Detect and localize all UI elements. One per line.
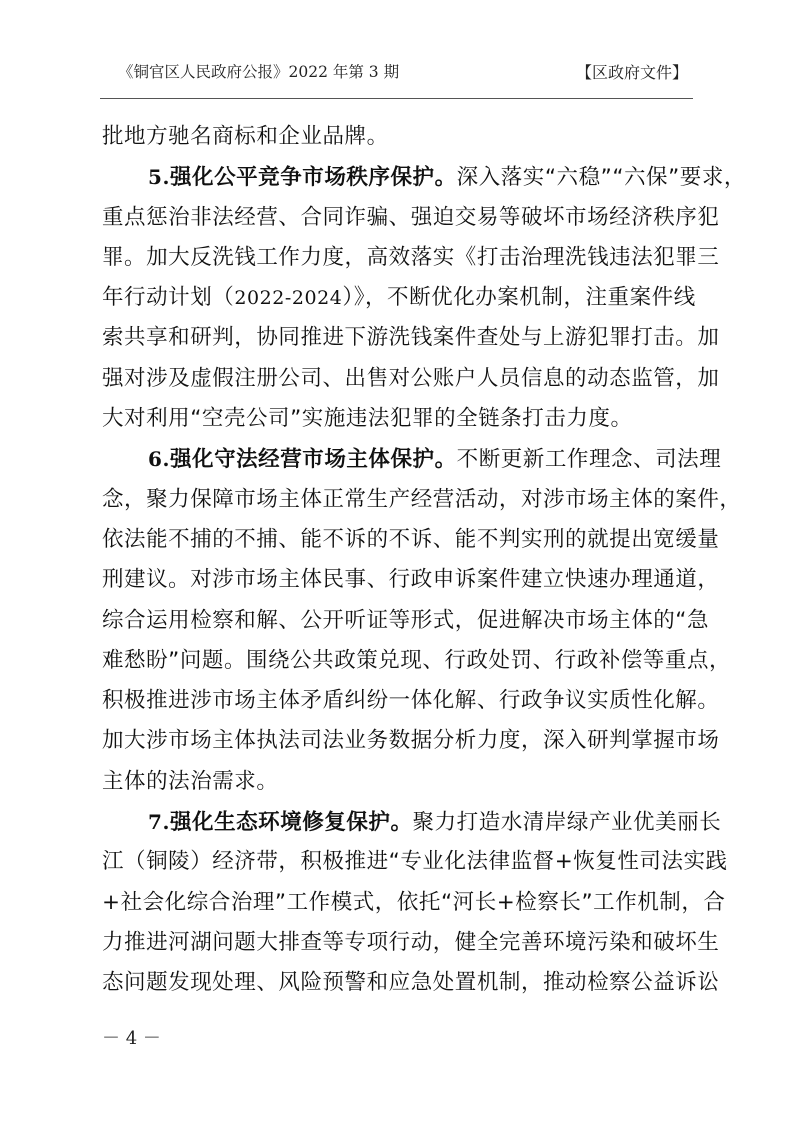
publication-title: 《铜官区人民政府公报》2022 年第 3 期 bbox=[118, 60, 399, 82]
section-heading: 强化公平竞争市场秩序保护。 bbox=[170, 165, 457, 190]
section-number: 7. bbox=[148, 810, 170, 834]
section-number: 6. bbox=[148, 447, 170, 471]
page-number: － 4 － bbox=[102, 1024, 161, 1050]
text-line: 态问题发现处理、风险预警和应急处置机制，推动检察公益诉讼 bbox=[102, 963, 694, 1003]
text-line: 年行动计划（2022-2024）》，不断优化办案机制，注重案件线 bbox=[102, 278, 694, 318]
text-line: +社会化综合治理”工作模式，依托“河长+检察长”工作机制，合 bbox=[102, 883, 694, 923]
section-5-first-line: 5.强化公平竞争市场秩序保护。深入落实“六稳”“六保”要求， bbox=[102, 157, 694, 197]
text-run: ）》，不断优化办案机制，注重案件线 bbox=[342, 285, 695, 310]
section-heading: 强化生态环境修复保护。 bbox=[170, 810, 413, 835]
text-run: 深入落实“六稳”“六保”要求， bbox=[457, 165, 746, 190]
text-line: 索共享和研判，协同推进下游洗钱案件查处与上游犯罪打击。加 bbox=[102, 318, 694, 358]
header-divider bbox=[100, 98, 693, 99]
section-number: 5. bbox=[148, 165, 170, 189]
text-run: 聚力打造水清岸绿产业优美丽长 bbox=[413, 810, 722, 835]
section-heading: 强化守法经营市场主体保护。 bbox=[170, 447, 457, 472]
text-run: 不断更新工作理念、司法理 bbox=[457, 447, 722, 472]
text-line: 加大涉市场主体执法司法业务数据分析力度，深入研判掌握市场 bbox=[102, 721, 694, 761]
running-header: 《铜官区人民政府公报》2022 年第 3 期 【区政府文件】 bbox=[118, 60, 688, 84]
text-line: 刑建议。对涉市场主体民事、行政申诉案件建立快速办理通道， bbox=[102, 560, 694, 600]
text-line: 罪。加大反洗钱工作力度，高效落实《打击治理洗钱违法犯罪三 bbox=[102, 238, 694, 278]
text-line: 念，聚力保障市场主体正常生产经营活动，对涉市场主体的案件， bbox=[102, 480, 694, 520]
text-line: 综合运用检察和解、公开听证等形式，促进解决市场主体的“急 bbox=[102, 601, 694, 641]
text-run: 年行动计划（ bbox=[102, 285, 234, 310]
section-7-first-line: 7.强化生态环境修复保护。聚力打造水清岸绿产业优美丽长 bbox=[102, 802, 694, 842]
text-line: 江（铜陵）经济带，积极推进“专业化法律监督+恢复性司法实践 bbox=[102, 842, 694, 882]
section-label: 【区政府文件】 bbox=[576, 60, 688, 83]
section-6-first-line: 6.强化守法经营市场主体保护。不断更新工作理念、司法理 bbox=[102, 439, 694, 479]
text-line: 强对涉及虚假注册公司、出售对公账户人员信息的动态监管，加 bbox=[102, 359, 694, 399]
text-line: 依法能不捕的不捕、能不诉的不诉、能不判实刑的就提出宽缓量 bbox=[102, 520, 694, 560]
text-line: 批地方驰名商标和企业品牌。 bbox=[102, 117, 694, 157]
text-line: 重点惩治非法经营、合同诈骗、强迫交易等破坏市场经济秩序犯 bbox=[102, 198, 694, 238]
year-range: 2022-2024 bbox=[234, 287, 342, 309]
text-line: 难愁盼”问题。围绕公共政策兑现、行政处罚、行政补偿等重点， bbox=[102, 641, 694, 681]
document-body: 批地方驰名商标和企业品牌。 5.强化公平竞争市场秩序保护。深入落实“六稳”“六保… bbox=[102, 117, 694, 1004]
text-line: 积极推进涉市场主体矛盾纠纷一体化解、行政争议实质性化解。 bbox=[102, 681, 694, 721]
text-line: 主体的法治需求。 bbox=[102, 762, 694, 802]
text-line: 力推进河湖问题大排查等专项行动，健全完善环境污染和破坏生 bbox=[102, 923, 694, 963]
text-line: 大对利用“空壳公司”实施违法犯罪的全链条打击力度。 bbox=[102, 399, 694, 439]
